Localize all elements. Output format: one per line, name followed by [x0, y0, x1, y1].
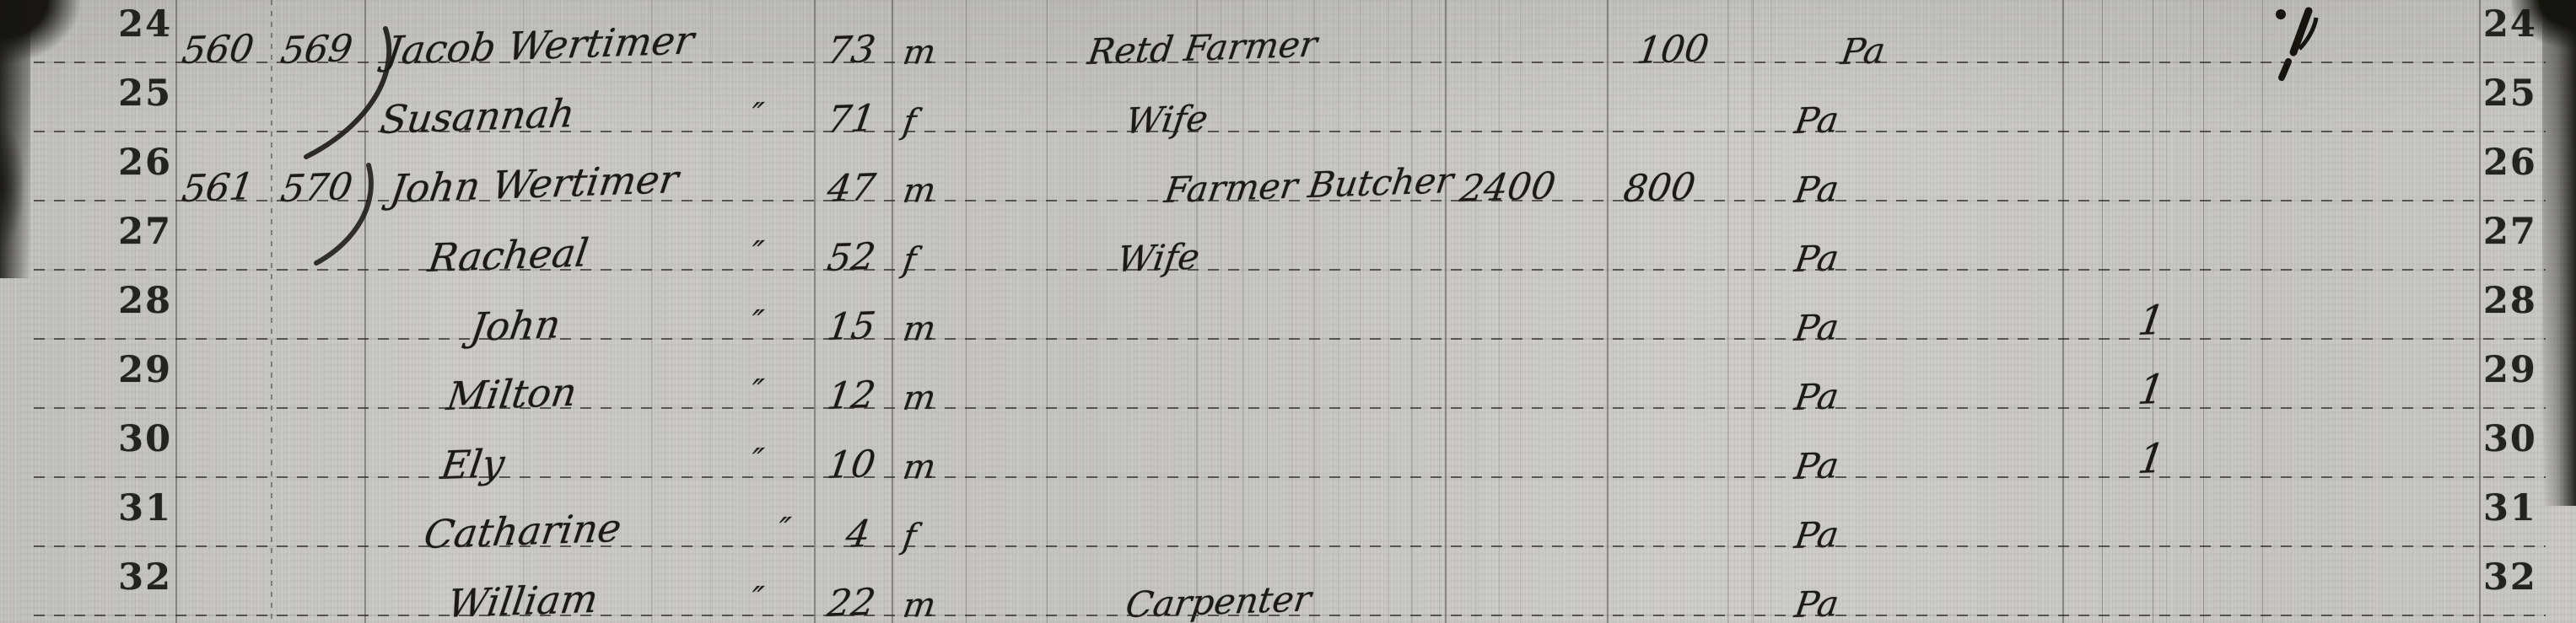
line-number-right: 25: [2483, 76, 2537, 112]
ledger-row: 27 Racheal ″ 52 f Wife Pa 27: [0, 201, 2576, 271]
line-number-right: 30: [2483, 422, 2537, 458]
age: 22: [825, 584, 878, 623]
line-number-right: 29: [2483, 352, 2537, 389]
ditto-mark: ″: [749, 583, 766, 615]
scan-streak: [1770, 0, 1771, 623]
line-number-left: 31: [116, 491, 172, 527]
scan-streak: [1499, 0, 1500, 623]
line-number-left: 29: [116, 352, 172, 389]
scan-edge-shadow: [0, 126, 24, 244]
row-rule: [34, 615, 2546, 616]
ditto-mark: ″: [749, 306, 766, 338]
scan-streak: [710, 0, 711, 623]
scan-streak: [1267, 0, 1268, 623]
scan-streak: [1221, 0, 1221, 623]
scan-streak: [1196, 0, 1198, 623]
ledger-row: 31 Catharine ″ 4 f Pa 31: [0, 478, 2576, 547]
scan-streak: [1439, 0, 1440, 623]
school-attendance-mark: 1: [2136, 369, 2167, 411]
line-number-left: 30: [116, 422, 172, 458]
scan-streak: [2166, 0, 2167, 623]
ditto-mark: ″: [776, 513, 793, 545]
birthplace: Pa: [1792, 586, 1841, 623]
line-number-left: 27: [116, 214, 172, 250]
scan-streak: [1388, 0, 1389, 623]
scan-streak: [1338, 0, 1339, 623]
scan-streak: [1313, 0, 1315, 623]
ditto-mark: ″: [749, 375, 766, 407]
line-number-left: 28: [116, 283, 172, 320]
scan-streak: [523, 0, 525, 623]
ledger-row: 32 William ″ 22 m Carpenter Pa 32: [0, 547, 2576, 616]
line-number-right: 32: [2483, 560, 2537, 596]
scan-streak: [651, 0, 653, 623]
scan-streak: [1475, 0, 1476, 623]
line-number-right: 31: [2483, 491, 2537, 527]
scan-streak: [1291, 0, 1292, 623]
ditto-mark: ″: [749, 237, 766, 269]
scan-edge-shadow: [2542, 0, 2576, 506]
scan-streak: [1727, 0, 1729, 623]
ledger-row: 25 Susannah ″ 71 f Wife Pa 25: [0, 63, 2576, 132]
ditto-mark: ″: [749, 99, 766, 131]
school-attendance-mark: 1: [2136, 300, 2167, 341]
line-number-right: 27: [2483, 214, 2537, 250]
sex: m: [901, 588, 938, 623]
ledger-row: 29 Milton ″ 12 m Pa 1 29: [0, 340, 2576, 409]
census-ledger-scan: 24 560 569 Jacob Wertimer 73 m Retd Farm…: [0, 0, 2576, 623]
line-number-right: 28: [2483, 283, 2537, 320]
scan-streak: [1360, 0, 1361, 623]
school-attendance-mark: 1: [2136, 438, 2167, 480]
line-number-left: 25: [116, 76, 172, 112]
scan-streak: [1411, 0, 1413, 623]
ledger-row: 28 John ″ 15 m Pa 1 28: [0, 271, 2576, 340]
scan-streak: [1242, 0, 1244, 623]
line-number-left: 26: [116, 145, 172, 181]
scan-streak: [2191, 0, 2191, 623]
line-number-left: 32: [116, 560, 172, 596]
line-number-left: 24: [116, 7, 172, 43]
ledger-row: 30 Ely ″ 10 m Pa 1 30: [0, 409, 2576, 478]
occupation: Carpenter: [1124, 581, 1313, 623]
ditto-mark: ″: [749, 444, 766, 476]
scan-streak: [1520, 0, 1521, 623]
line-number-right: 26: [2483, 145, 2537, 181]
scan-streak: [1751, 0, 1752, 623]
